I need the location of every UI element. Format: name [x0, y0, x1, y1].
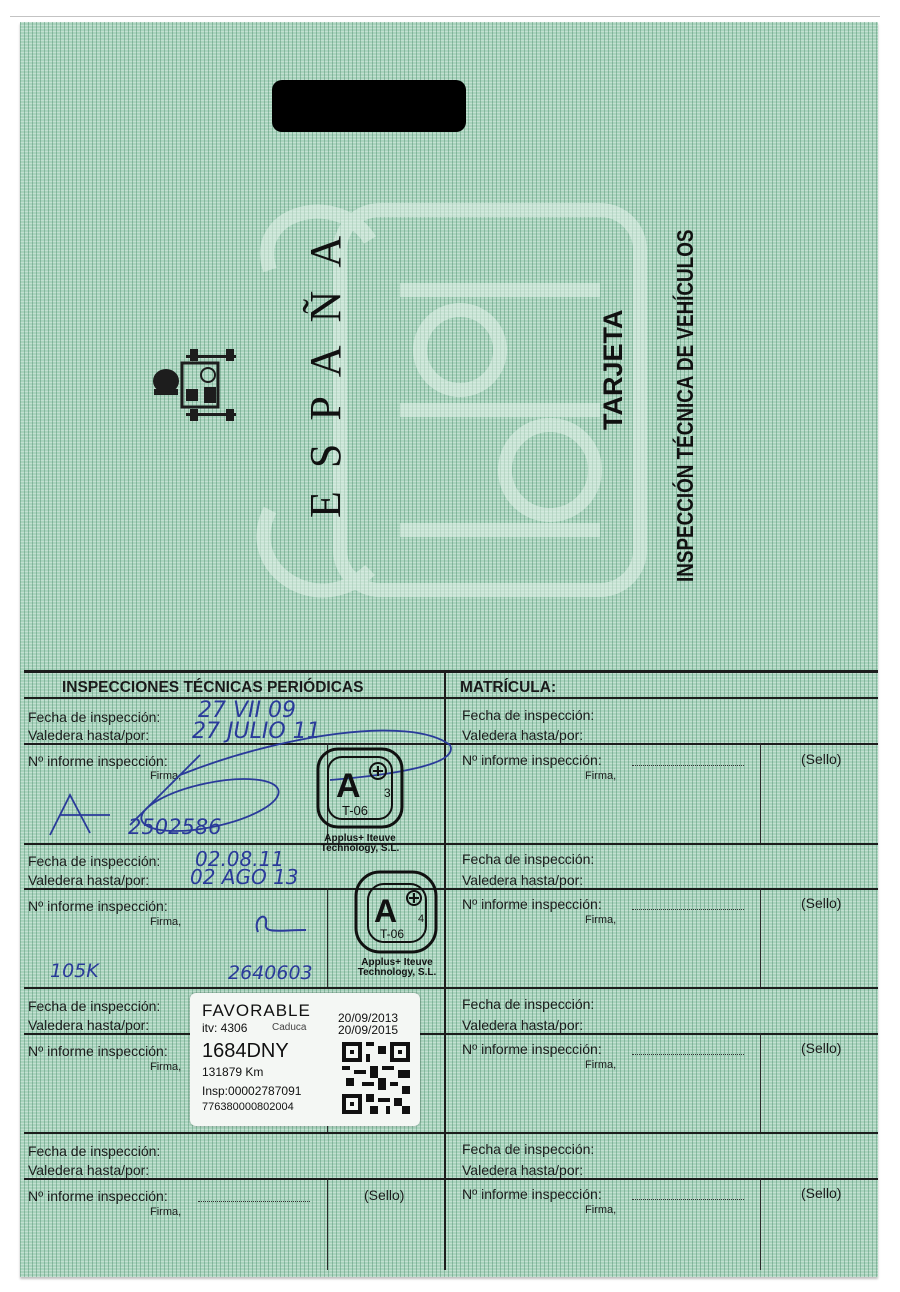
itv-station: itv: 4306 [202, 1021, 247, 1035]
itv-sticker: FAVORABLE itv: 4306 Caduca 20/09/2013 20… [190, 993, 420, 1126]
label-valedera: Valedera hasta/por: [28, 872, 149, 888]
label-sello: (Sello) [364, 1187, 404, 1203]
row2-bottom-line [24, 987, 878, 989]
right-sello-divider-2 [760, 888, 761, 987]
label-informe: Nº informe inspección: [462, 752, 602, 768]
label-fecha: Fecha de inspección: [28, 853, 160, 869]
inspection-result: FAVORABLE [202, 1001, 311, 1021]
svg-text:T-06: T-06 [342, 803, 368, 818]
informe-dotted-line [632, 764, 744, 766]
label-valedera: Valedera hasta/por: [462, 1162, 583, 1178]
row3-bottom-line [24, 1132, 878, 1134]
card-title: TARJETA [598, 310, 629, 431]
handwritten-notes-right: 2640603 [228, 962, 313, 984]
informe-dotted-line [632, 908, 744, 910]
redaction-box [272, 80, 466, 132]
label-valedera: Valedera hasta/por: [28, 1017, 149, 1033]
label-sello: (Sello) [801, 1040, 841, 1056]
label-fecha: Fecha de inspección: [462, 996, 594, 1012]
row2-mid-line [24, 888, 878, 890]
svg-text:A: A [374, 893, 397, 929]
svg-text:A: A [336, 767, 361, 805]
handwritten-valedera: 02 AGO 13 [190, 865, 299, 889]
label-fecha: Fecha de inspección: [462, 707, 594, 723]
left-sello-divider-2 [327, 888, 328, 987]
label-valedera: Valedera hasta/por: [462, 1017, 583, 1033]
stamp-company: Applus+ Iteuve Technology, S.L. [350, 958, 444, 978]
signature-icon [250, 908, 310, 938]
label-firma: Firma, [150, 1061, 181, 1073]
label-informe: Nº informe inspección: [28, 1043, 168, 1059]
qr-code-icon [342, 1042, 410, 1114]
label-sello: (Sello) [801, 1185, 841, 1201]
row3-mid-line [24, 1033, 878, 1035]
header-divider [24, 697, 878, 699]
svg-text:3: 3 [384, 786, 391, 800]
label-firma: Firma, [150, 1206, 181, 1218]
label-fecha: Fecha de inspección: [462, 1141, 594, 1157]
license-plate: 1684DNY [202, 1040, 289, 1063]
label-firma: Firma, [585, 770, 616, 782]
handwritten-notes-left: 105K [50, 960, 99, 982]
informe-dotted-line [632, 1198, 744, 1200]
table-top-border [24, 670, 878, 673]
label-informe: Nº informe inspección: [28, 1188, 168, 1204]
label-sello: (Sello) [801, 895, 841, 911]
left-table-header: INSPECCIONES TÉCNICAS PERIÓDICAS [62, 679, 363, 697]
itv-stamp-icon: A 4 T-06 [352, 868, 440, 956]
label-informe: Nº informe inspección: [462, 1186, 602, 1202]
card-subtitle: INSPECCIÓN TÉCNICA DE VEHÍCULOS [672, 230, 699, 582]
odometer: 131879 Km [202, 1065, 263, 1079]
label-valedera: Valedera hasta/por: [462, 727, 583, 743]
label-firma: Firma, [585, 1059, 616, 1071]
svg-text:4: 4 [418, 913, 424, 925]
svg-text:T-06: T-06 [380, 927, 404, 941]
expiry-date: 20/09/2015 [338, 1023, 398, 1037]
label-informe: Nº informe inspección: [462, 896, 602, 912]
right-sello-divider-1 [760, 743, 761, 843]
stamp-company: Applus+ Iteuve Technology, S.L. [310, 834, 410, 854]
right-sello-divider-4 [760, 1178, 761, 1270]
right-table-header: MATRÍCULA: [460, 679, 556, 697]
label-sello: (Sello) [801, 751, 841, 767]
label-informe: Nº informe inspección: [462, 1041, 602, 1057]
label-valedera: Valedera hasta/por: [28, 1162, 149, 1178]
sticker-code: 776380000802004 [202, 1101, 294, 1113]
inspection-number: Insp:00002787091 [202, 1084, 301, 1098]
label-firma: Firma, [585, 1204, 616, 1216]
right-sello-divider-3 [760, 1033, 761, 1132]
label-firma: Firma, [150, 916, 181, 928]
itv-stamp-icon: A 3 T-06 [314, 745, 406, 831]
informe-dotted-line [632, 1053, 744, 1055]
label-informe: Nº informe inspección: [28, 898, 168, 914]
label-fecha: Fecha de inspección: [462, 851, 594, 867]
row4-mid-line [24, 1178, 878, 1180]
informe-dotted-line [198, 1200, 310, 1202]
card-top-edge [10, 16, 880, 20]
label-fecha: Fecha de inspección: [28, 1143, 160, 1159]
caduca-label: Caduca [272, 1022, 306, 1033]
left-sello-divider-4 [327, 1178, 328, 1270]
country-name: ESPAÑA [300, 213, 351, 518]
coat-of-arms-icon [150, 345, 242, 423]
label-fecha: Fecha de inspección: [28, 998, 160, 1014]
label-firma: Firma, [585, 914, 616, 926]
label-valedera: Valedera hasta/por: [462, 872, 583, 888]
